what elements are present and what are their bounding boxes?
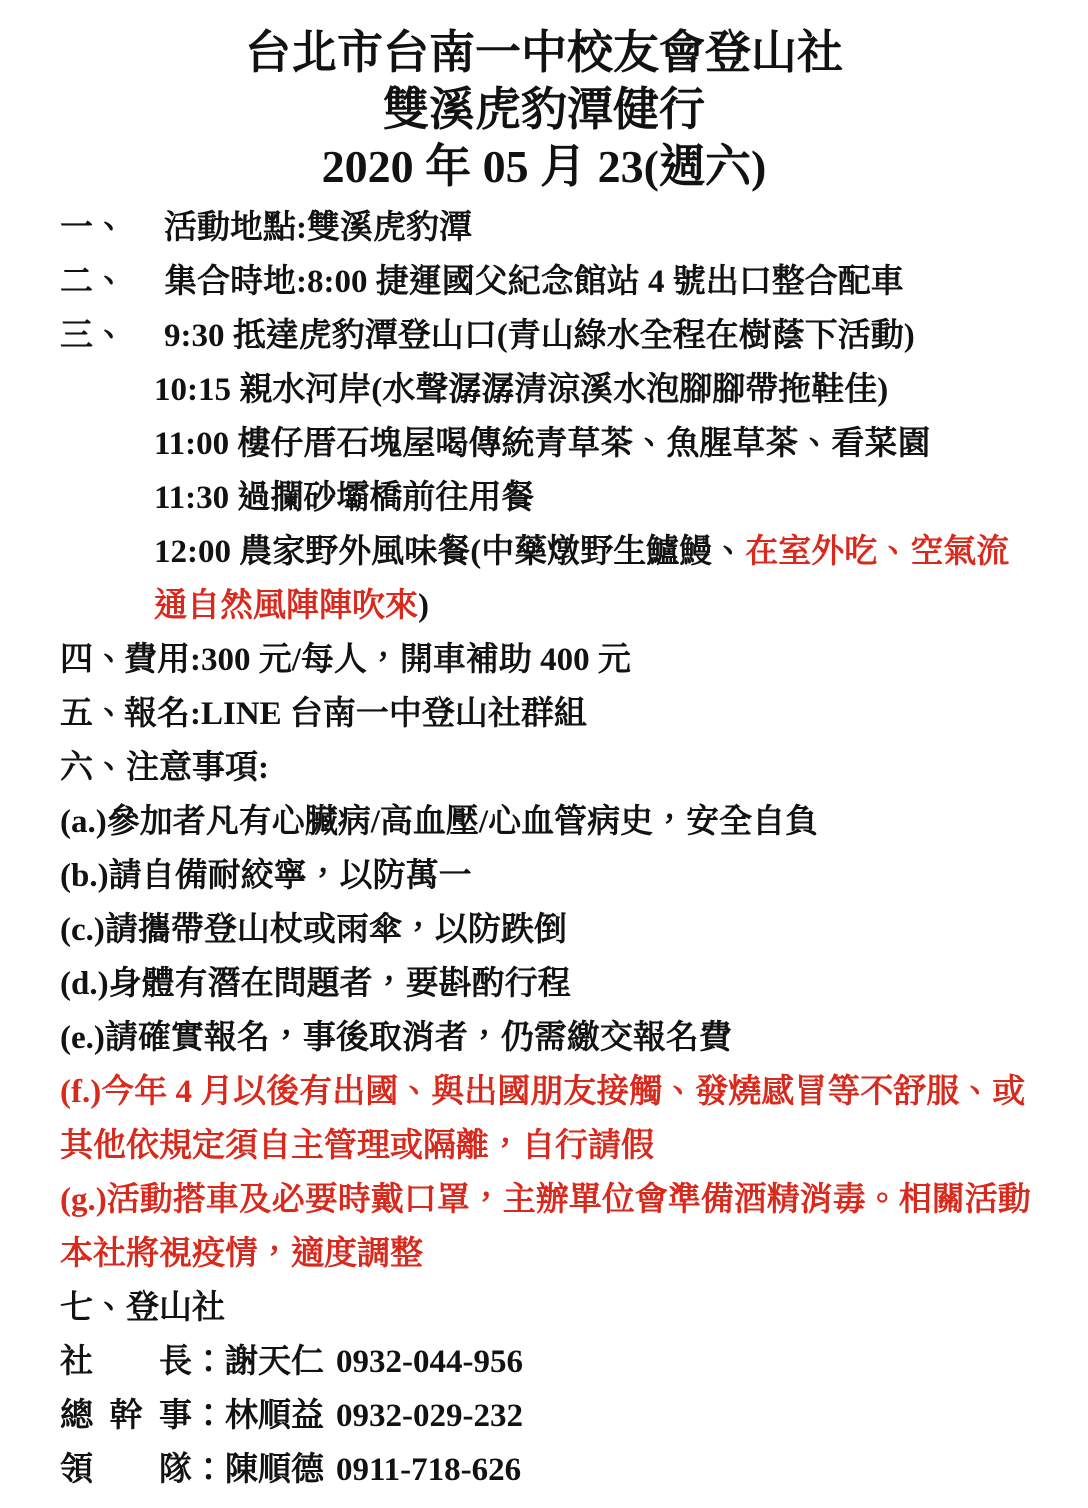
- event-date-title: 2020 年 05 月 23(週六): [0, 138, 1088, 195]
- schedule-1130: 11:30 過攔砂壩橋前往用餐: [60, 471, 1052, 525]
- contact-role-label: 總 幹 事：: [60, 1389, 225, 1443]
- list-item-notes-heading: 六、注意事項:: [60, 741, 1052, 795]
- item-text-red: 其他依規定須自主管理或隔離，自行請假: [60, 1128, 654, 1164]
- note-g: (g.)活動搭車及必要時戴口罩，主辦單位會準備酒精消毒。相關活動: [60, 1173, 1052, 1227]
- item-number: 二、: [60, 255, 164, 309]
- item-text: 集合時地:8:00 捷運國父紀念館站 4 號出口整合配車: [164, 264, 904, 300]
- note-f-continuation: 其他依規定須自主管理或隔離，自行請假: [60, 1119, 1052, 1173]
- schedule-1200: 12:00 農家野外風味餐(中藥燉野生鱸鰻、在室外吃、空氣流: [60, 525, 1052, 579]
- item-text-red: 本社將視疫情，適度調整: [60, 1236, 423, 1272]
- note-c: (c.)請攜帶登山杖或雨傘，以防跌倒: [60, 903, 1052, 957]
- item-text: 六、注意事項:: [60, 750, 269, 786]
- contact-name: 謝天仁: [225, 1344, 324, 1380]
- item-text-red: (g.)活動搭車及必要時戴口罩，主辦單位會準備酒精消毒。相關活動: [60, 1182, 1031, 1218]
- event-name-title: 雙溪虎豹潭健行: [0, 81, 1088, 138]
- note-d: (d.)身體有潛在問題者，要斟酌行程: [60, 957, 1052, 1011]
- item-text: (c.)請攜帶登山杖或雨傘，以防跌倒: [60, 912, 567, 948]
- document-header: 台北市台南一中校友會登山社 雙溪虎豹潭健行 2020 年 05 月 23(週六): [0, 24, 1088, 195]
- item-text-red: 通自然風陣陣吹來: [154, 588, 418, 624]
- contact-phone: 0911-718-626: [336, 1452, 521, 1488]
- contact-leader: 領 隊：陳順德0911-718-626: [60, 1443, 1052, 1497]
- item-text: (b.)請自備耐絞寧，以防萬一: [60, 858, 472, 894]
- item-number: 一、: [60, 201, 164, 255]
- note-e: (e.)請確實報名，事後取消者，仍需繳交報名費: [60, 1011, 1052, 1065]
- item-number: 三、: [60, 309, 164, 363]
- contact-name: 陳順德: [225, 1452, 324, 1488]
- organization-title: 台北市台南一中校友會登山社: [0, 24, 1088, 81]
- item-number: 五、: [60, 687, 124, 741]
- item-text: 9:30 抵達虎豹潭登山口(青山綠水全程在樹蔭下活動): [164, 318, 915, 354]
- list-item-location: 一、活動地點:雙溪虎豹潭: [60, 201, 1052, 255]
- item-text-black: ): [418, 588, 429, 624]
- item-text: 報名:LINE 台南一中登山社群組: [124, 696, 587, 732]
- note-a: (a.)參加者凡有心臟病/高血壓/心血管病史，安全自負: [60, 795, 1052, 849]
- schedule-1015: 10:15 親水河岸(水聲潺潺清涼溪水泡腳腳帶拖鞋佳): [60, 363, 1052, 417]
- item-text: 費用:300 元/每人，開車補助 400 元: [124, 642, 631, 678]
- item-text: 七、登山社: [60, 1290, 225, 1326]
- item-number: 四、: [60, 633, 124, 687]
- list-item-meeting: 二、集合時地:8:00 捷運國父紀念館站 4 號出口整合配車: [60, 255, 1052, 309]
- item-text-black: 12:00 農家野外風味餐(中藥燉野生鱸鰻、: [154, 534, 745, 570]
- note-f: (f.)今年 4 月以後有出國、與出國朋友接觸、發燒感冒等不舒服、或: [60, 1065, 1052, 1119]
- contact-name: 林順益: [225, 1398, 324, 1434]
- list-item-schedule-930: 三、9:30 抵達虎豹潭登山口(青山綠水全程在樹蔭下活動): [60, 309, 1052, 363]
- item-text: (e.)請確實報名，事後取消者，仍需繳交報名費: [60, 1020, 732, 1056]
- contact-secretary-general: 總 幹 事：林順益0932-029-232: [60, 1389, 1052, 1443]
- list-item-club-heading: 七、登山社: [60, 1281, 1052, 1335]
- contact-phone: 0932-044-956: [336, 1344, 523, 1380]
- item-text: 活動地點:雙溪虎豹潭: [164, 210, 472, 246]
- schedule-1200-continuation: 通自然風陣陣吹來): [60, 579, 1052, 633]
- contact-president: 社 長：謝天仁0932-044-956: [60, 1335, 1052, 1389]
- list-item-fee: 四、費用:300 元/每人，開車補助 400 元: [60, 633, 1052, 687]
- note-b: (b.)請自備耐絞寧，以防萬一: [60, 849, 1052, 903]
- list-item-registration: 五、報名:LINE 台南一中登山社群組: [60, 687, 1052, 741]
- contact-role-label: 領 隊：: [60, 1443, 225, 1497]
- item-text: 11:00 樓仔厝石塊屋喝傳統青草茶、魚腥草茶、看菜園: [154, 426, 930, 462]
- contact-phone: 0932-029-232: [336, 1398, 523, 1434]
- item-text-red: (f.)今年 4 月以後有出國、與出國朋友接觸、發燒感冒等不舒服、或: [60, 1074, 1025, 1110]
- schedule-1100: 11:00 樓仔厝石塊屋喝傳統青草茶、魚腥草茶、看菜園: [60, 417, 1052, 471]
- contact-role-label: 社 長：: [60, 1335, 225, 1389]
- item-text: 10:15 親水河岸(水聲潺潺清涼溪水泡腳腳帶拖鞋佳): [154, 372, 888, 408]
- event-flyer-document: 台北市台南一中校友會登山社 雙溪虎豹潭健行 2020 年 05 月 23(週六)…: [0, 0, 1088, 1508]
- note-g-continuation: 本社將視疫情，適度調整: [60, 1227, 1052, 1281]
- item-text: 11:30 過攔砂壩橋前往用餐: [154, 480, 534, 516]
- item-text-red: 在室外吃、空氣流: [745, 534, 1009, 570]
- item-text: (a.)參加者凡有心臟病/高血壓/心血管病史，安全自負: [60, 804, 818, 840]
- item-text: (d.)身體有潛在問題者，要斟酌行程: [60, 966, 571, 1002]
